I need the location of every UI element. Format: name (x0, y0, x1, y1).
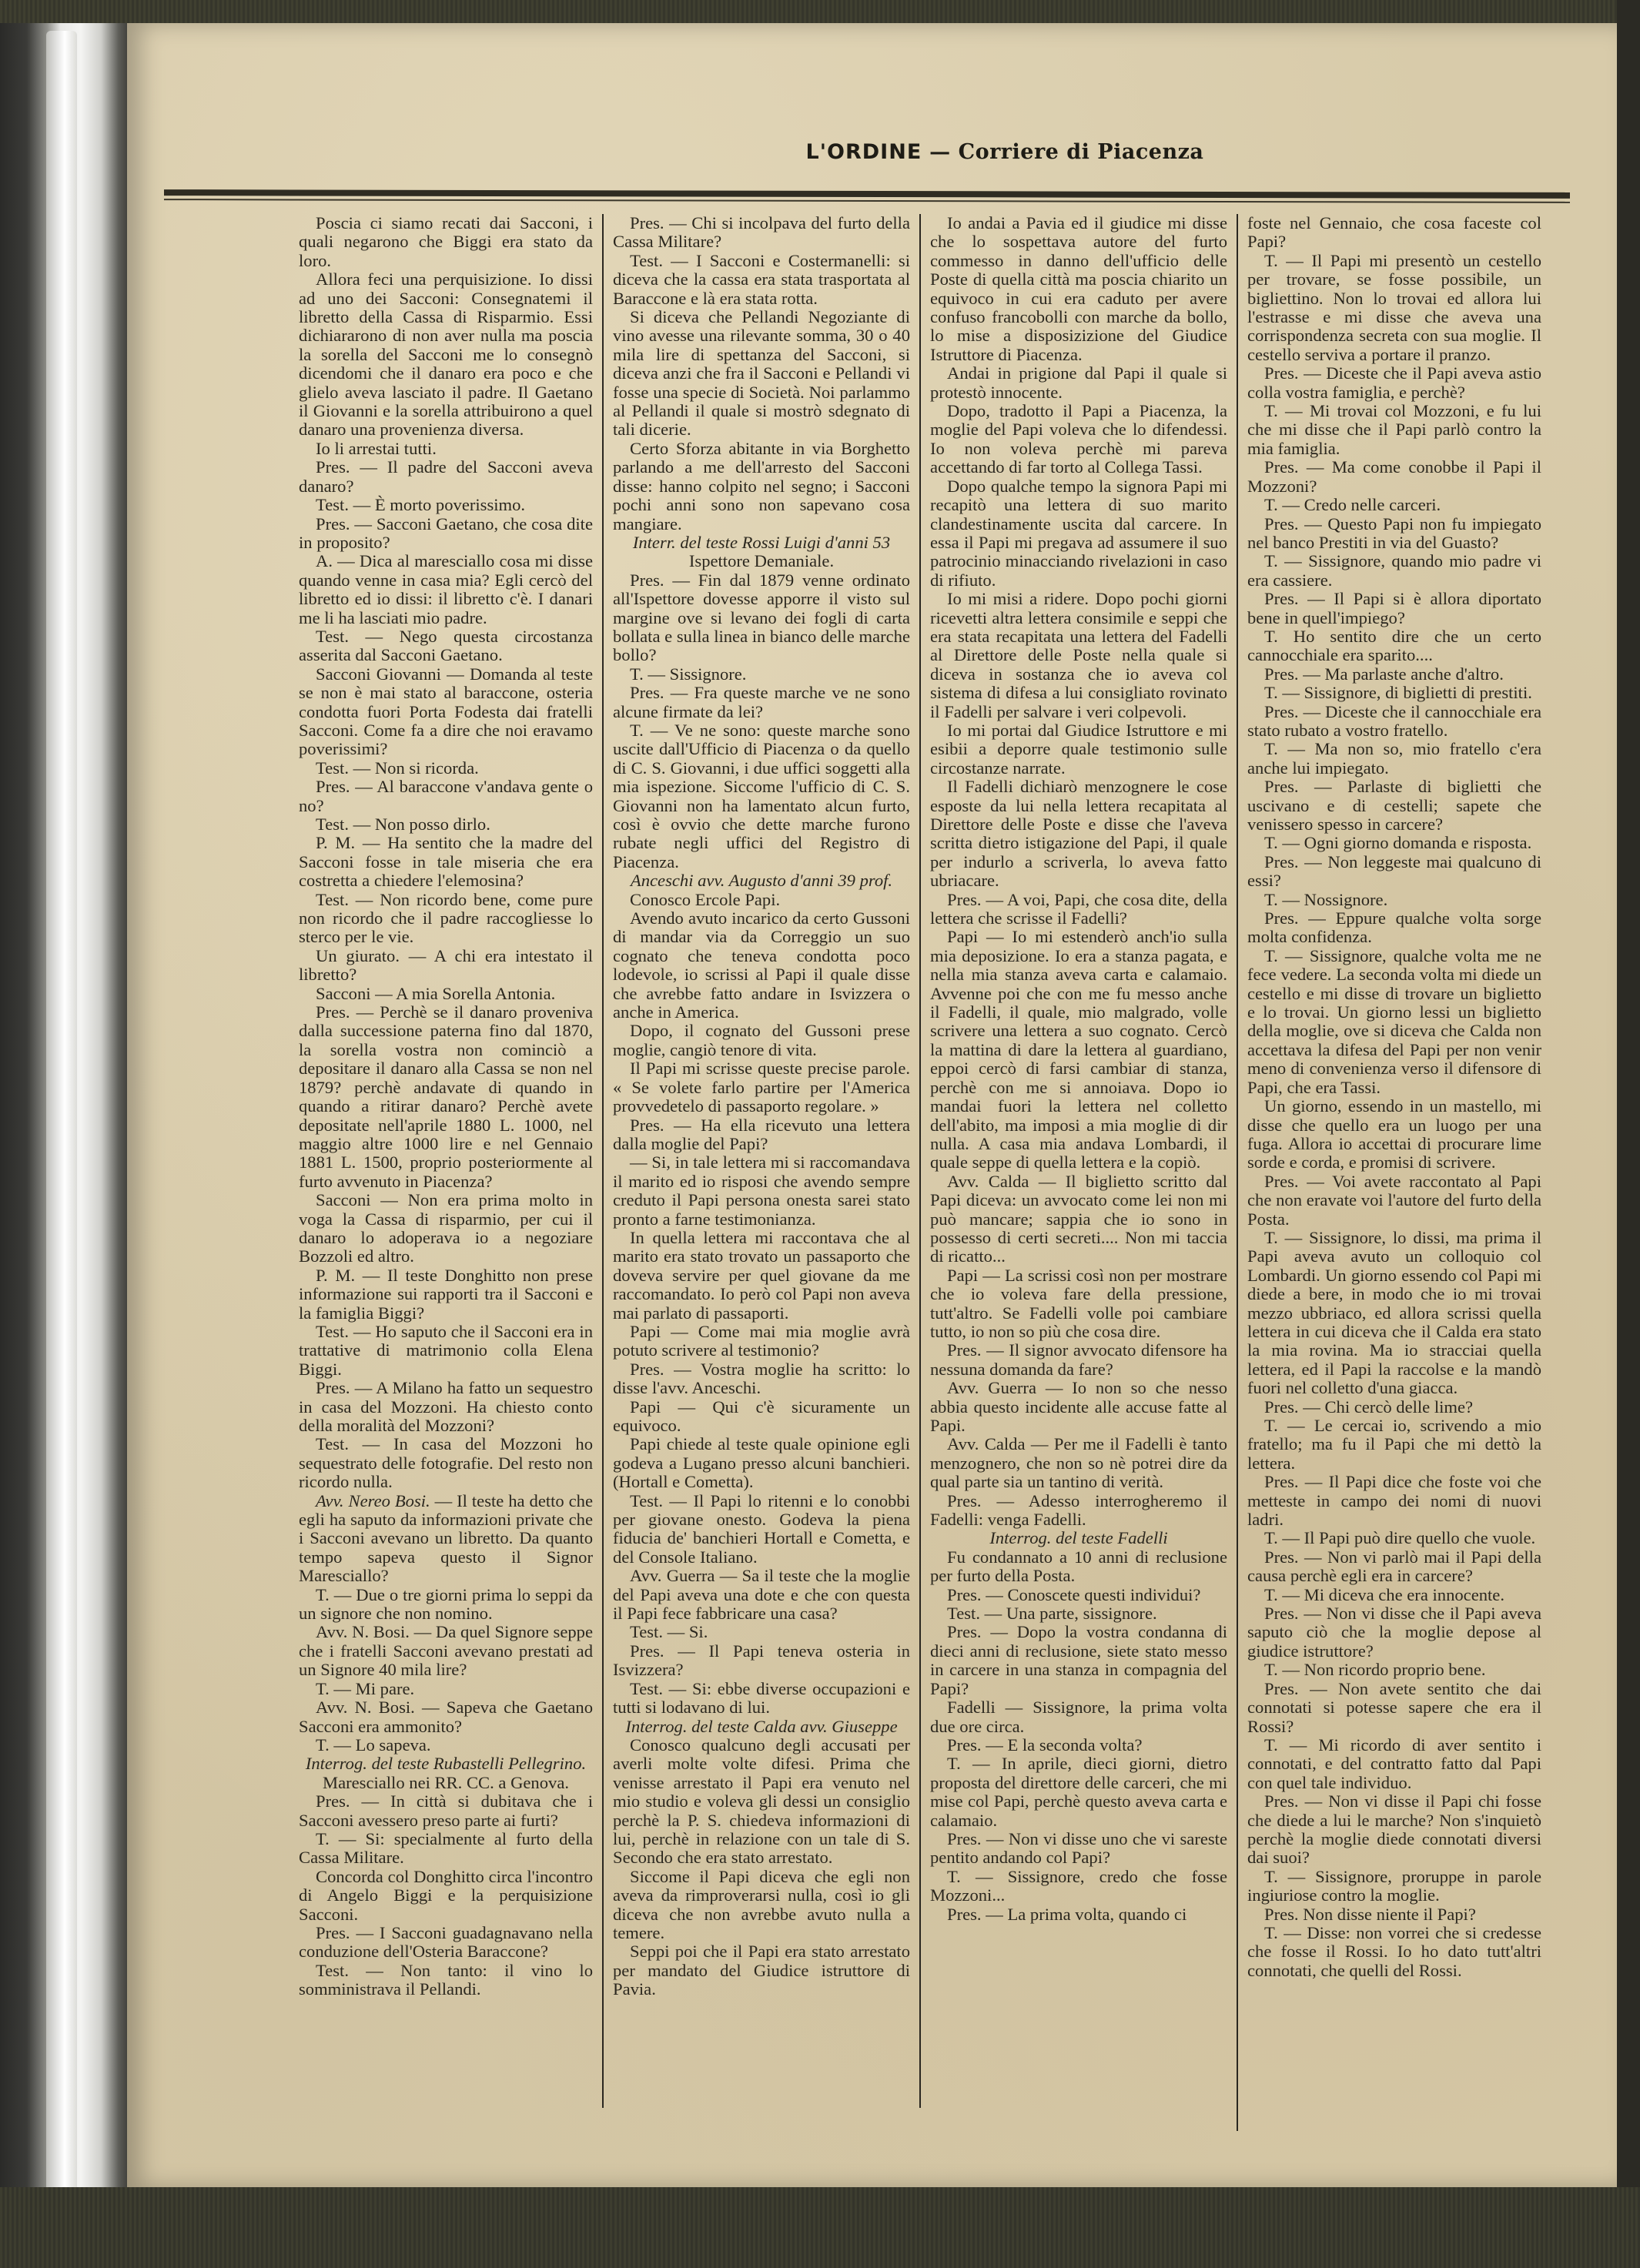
paragraph-text: Dopo, tradotto il Papi a Piacenza, la mo… (930, 401, 1227, 477)
paragraph: T. — Sissignore, quando mio padre vi era… (1247, 552, 1541, 590)
paragraph-text: T. — Ma non so, mio fratello c'era anche… (1247, 739, 1541, 777)
paragraph: Sacconi — Non era prima molto in voga la… (299, 1191, 593, 1266)
paragraph: T. — Mi trovai col Mozzoni, e fu lui che… (1247, 402, 1541, 458)
paragraph-text: Pres. — Voi avete raccontato al Papi che… (1247, 1172, 1541, 1229)
paragraph: Pres. — E la seconda volta? (930, 1736, 1227, 1755)
paragraph: Pres. — Parlaste di biglietti che usciva… (1247, 778, 1541, 834)
paragraph-text: T. — Nossignore. (1264, 890, 1387, 909)
binding-paper-edge (46, 31, 77, 2233)
paragraph: T. — Due o tre giorni prima lo seppi da … (299, 1586, 593, 1624)
paragraph-text: Pres. — Sacconi Gaetano, che cosa dite i… (299, 514, 593, 552)
paragraph: — Si, in tale lettera mi si raccomandava… (613, 1153, 910, 1229)
paragraph-text: Pres. — Conoscete questi individui? (947, 1585, 1200, 1604)
paragraph: T. — Il Papi mi presentò un cestello per… (1247, 252, 1541, 364)
paragraph: Pres. — Questo Papi non fu impiegato nel… (1247, 515, 1541, 553)
paragraph: Test. — Non tanto: il vino lo somministr… (299, 1962, 593, 1999)
paragraph: Test. — Ho saputo che il Sacconi era in … (299, 1323, 593, 1379)
paragraph: T. — Ve ne sono: queste marche sono usci… (613, 721, 910, 871)
paragraph: Pres. — Non vi disse che il Papi aveva s… (1247, 1604, 1541, 1661)
paragraph: Pres. — Non vi disse il Papi chi fosse c… (1247, 1792, 1541, 1868)
paragraph-text: Pres. — Al baraccone v'andava gente o no… (299, 777, 593, 815)
paragraph: Pres. — Adesso interrogheremo il Fadelli… (930, 1492, 1227, 1530)
paragraph-text: Test. — Non posso dirlo. (316, 815, 490, 834)
paragraph-text: Il Papi mi scrisse queste precise parole… (613, 1059, 910, 1116)
paragraph-text: Test. — Si: ebbe diverse occupazioni e t… (613, 1679, 910, 1717)
paragraph-text: Conosco qualcuno degli accusati per aver… (613, 1735, 910, 1867)
paragraph: T. — Non ricordo proprio bene. (1247, 1661, 1541, 1679)
paragraph-text: Pres. — Non vi disse che il Papi aveva s… (1247, 1604, 1541, 1661)
paragraph: Test. — Nego questa circostanza asserita… (299, 627, 593, 665)
paragraph-text: Fadelli — Sissignore, la prima volta due… (930, 1698, 1227, 1735)
paragraph-text: T. — Sissignore. (630, 664, 746, 684)
witness-heading: Anceschi avv. Augusto d'anni 39 prof. (613, 871, 910, 890)
paragraph: P. M. — Il teste Donghitto non prese inf… (299, 1266, 593, 1323)
paragraph-text: Allora feci una perquisizione. Io dissi … (299, 269, 593, 439)
paragraph: Pres. — Il Papi teneva osteria in Isvizz… (613, 1642, 910, 1680)
paragraph: Pres. — Ha ella ricevuto una lettera dal… (613, 1116, 910, 1154)
paragraph-text: T. — Ogni giorno domanda e risposta. (1264, 833, 1531, 852)
paragraph: T. — Ma non so, mio fratello c'era anche… (1247, 740, 1541, 778)
paragraph-text: Pres. — Questo Papi non fu impiegato nel… (1247, 514, 1541, 552)
paragraph: Pres. — I Sacconi guadagnavano nella con… (299, 1924, 593, 1962)
witness-subheading: Ispettore Demaniale. (613, 552, 910, 570)
paragraph-text: Avv. Guerra — Io non so che nesso abbia … (930, 1378, 1227, 1435)
paragraph: Pres. — Non leggeste mai qualcuno di ess… (1247, 853, 1541, 891)
paragraph: Test. — È morto poverissimo. (299, 496, 593, 514)
paragraph-text: Dopo qualche tempo la signora Papi mi re… (930, 477, 1227, 590)
paragraph-text: Pres. — Vostra moglie ha scritto: lo dis… (613, 1360, 910, 1397)
paragraph-text: Pres. — Eppure qualche volta sorge molta… (1247, 908, 1541, 946)
paragraph-text: P. M. — Ha sentito che la madre del Sacc… (299, 833, 593, 890)
paragraph: Pres. — Il signor avvocato difensore ha … (930, 1341, 1227, 1379)
paragraph: Io mi portai dal Giudice Istruttore e mi… (930, 721, 1227, 778)
paragraph-text: T. — Il Papi mi presentò un cestello per… (1247, 251, 1541, 364)
masthead: L'ORDINE — Corriere di Piacenza (177, 140, 1640, 164)
paragraph-text: Sacconi Giovanni — Domanda al teste se n… (299, 664, 593, 759)
paragraph: Io li arrestai tutti. (299, 440, 593, 458)
masthead-title: L'ORDINE (806, 140, 922, 164)
paragraph: Test. — Una parte, sissignore. (930, 1604, 1227, 1623)
paragraph: T. — Mi pare. (299, 1680, 593, 1698)
paragraph: Test. — Si. (613, 1623, 910, 1641)
witness-subheading: Maresciallo nei RR. CC. a Genova. (299, 1774, 593, 1792)
paragraph: Pres. — Fra queste marche ve ne sono alc… (613, 684, 910, 721)
paragraph-text: Papi — Come mai mia moglie avrà potuto s… (613, 1322, 910, 1360)
paragraph-text: Io mi portai dal Giudice Istruttore e mi… (930, 721, 1227, 778)
paragraph-text: — Si, in tale lettera mi si raccomandava… (613, 1152, 910, 1228)
column-2: Pres. — Chi si incolpava del furto della… (602, 214, 919, 2108)
paragraph: Test. — Il Papi lo ritenni e lo conobbi … (613, 1492, 910, 1567)
witness-heading: Interr. del teste Rossi Luigi d'anni 53 (613, 534, 910, 552)
paragraph: Pres. — Al baraccone v'andava gente o no… (299, 778, 593, 815)
paragraph-text: Pres. — Il Papi si è allora diportato be… (1247, 589, 1541, 627)
paragraph: T. — Lo sapeva. (299, 1736, 593, 1755)
paragraph-text: Pres. — Il Papi dice che foste voi che m… (1247, 1472, 1541, 1529)
paragraph-text: foste nel Gennaio, che cosa faceste col … (1247, 213, 1541, 251)
paragraph: Dopo, il cognato del Gussoni prese mogli… (613, 1022, 910, 1059)
italic-lead: Anceschi avv. Augusto (631, 871, 786, 890)
paragraph-text: Test. — Non ricordo bene, come pure non … (299, 890, 593, 947)
cover-cloth-bottom (0, 2187, 1640, 2268)
paragraph-text: Pres. — Fin dal 1879 venne ordinato all'… (613, 570, 910, 665)
paragraph: Papi — Qui c'è sicuramente un equivoco. (613, 1398, 910, 1436)
paragraph-text: Test. — I Sacconi e Costermanelli: si di… (613, 251, 910, 308)
paragraph-text: P. M. — Il teste Donghitto non prese inf… (299, 1266, 593, 1323)
paragraph: T. — Sissignore, di biglietti di prestit… (1247, 684, 1541, 702)
paragraph-text: Seppi poi che il Papi era stato arrestat… (613, 1942, 910, 1999)
paragraph: Pres. — Fin dal 1879 venne ordinato all'… (613, 571, 910, 665)
paragraph: Pres. — A Milano ha fatto un sequestro i… (299, 1379, 593, 1435)
paragraph: Pres. — Voi avete raccontato al Papi che… (1247, 1172, 1541, 1229)
paragraph: Pres. — Non vi disse uno che vi sareste … (930, 1830, 1227, 1868)
paragraph: T. — Credo nelle carceri. (1247, 496, 1541, 514)
paragraph-text: T. — Sissignore, proruppe in parole ingi… (1247, 1867, 1541, 1905)
paragraph: Avv. Nereo Bosi. — Il teste ha detto che… (299, 1492, 593, 1586)
paragraph-text: T. — Mi trovai col Mozzoni, e fu lui che… (1247, 401, 1541, 458)
column-3: Io andai a Pavia ed il giudice mi disse … (919, 214, 1237, 2108)
witness-heading: Interrog. del teste Rubastelli Pellegrin… (299, 1755, 593, 1773)
paragraph-text: Pres. — Ha ella ricevuto una lettera dal… (613, 1116, 910, 1153)
paragraph-text: Pres. — Il padre del Sacconi aveva danar… (299, 457, 593, 495)
paragraph-text: T. — Disse: non vorrei che si credesse c… (1247, 1923, 1541, 1980)
paragraph-text: Pres. — Non vi parlò mai il Papi della c… (1247, 1547, 1541, 1585)
paragraph-text: Pres. — Parlaste di biglietti che usciva… (1247, 777, 1541, 834)
paragraph: Si diceva che Pellandi Negoziante di vin… (613, 308, 910, 440)
paragraph: Pres. — Dopo la vostra condanna di dieci… (930, 1623, 1227, 1698)
paragraph: Conosco qualcuno degli accusati per aver… (613, 1736, 910, 1868)
paragraph-text: Pres. — A voi, Papi, che cosa dite, dell… (930, 890, 1227, 928)
paragraph: Dopo qualche tempo la signora Papi mi re… (930, 477, 1227, 590)
paragraph-text: Test. — Una parte, sissignore. (947, 1604, 1157, 1623)
paragraph-text: Ispettore Demaniale. (689, 551, 834, 570)
paragraph-text: T. — Mi ricordo di aver sentito i connot… (1247, 1735, 1541, 1792)
paragraph-text: Papi — Io mi estenderò anch'io sulla mia… (930, 927, 1227, 1172)
paragraph-text: Papi — La scrissi così non per mostrare … (930, 1266, 1227, 1341)
paragraph-text: Pres. — A Milano ha fatto un sequestro i… (299, 1378, 593, 1435)
paragraph: A. — Dica al maresciallo cosa mi disse q… (299, 552, 593, 627)
paragraph: Siccome il Papi diceva che egli non avev… (613, 1868, 910, 1943)
paragraph: Pres. — In città si dubitava che i Sacco… (299, 1792, 593, 1830)
paragraph: Pres. — Vostra moglie ha scritto: lo dis… (613, 1360, 910, 1398)
paragraph-text: Pres. — Non vi disse il Papi chi fosse c… (1247, 1791, 1541, 1867)
paragraph-text: Certo Sforza abitante in via Borghetto p… (613, 439, 910, 534)
paragraph: Pres. — Il padre del Sacconi aveva danar… (299, 458, 593, 496)
paragraph: Fadelli — Sissignore, la prima volta due… (930, 1698, 1227, 1736)
paragraph: Pres. — Eppure qualche volta sorge molta… (1247, 909, 1541, 947)
paragraph: Pres. — Sacconi Gaetano, che cosa dite i… (299, 515, 593, 553)
paragraph: T. — Le cercai io, scrivendo a mio frate… (1247, 1417, 1541, 1473)
cover-cloth-top (0, 0, 1640, 23)
paragraph-text: Interrog. del teste Fadelli (989, 1528, 1167, 1547)
paragraph: Il Papi mi scrisse queste precise parole… (613, 1059, 910, 1116)
paragraph-text: Pres. — Non avete sentito che dai connot… (1247, 1679, 1541, 1736)
paragraph: Allora feci una perquisizione. Io dissi … (299, 270, 593, 440)
paragraph: Avv. N. Bosi. — Da quel Signore seppe ch… (299, 1623, 593, 1679)
paragraph-text: T. — Non ricordo proprio bene. (1264, 1660, 1486, 1679)
paragraph-text: Test. — Si. (630, 1622, 708, 1641)
paragraph-text: Pres. — Ma come conobbe il Papi il Mozzo… (1247, 457, 1541, 495)
paragraph: In quella lettera mi raccontava che al m… (613, 1229, 910, 1323)
paragraph: Pres. — Il Papi si è allora diportato be… (1247, 590, 1541, 627)
paragraph: Certo Sforza abitante in via Borghetto p… (613, 440, 910, 534)
paragraph: Pres. — Conoscete questi individui? (930, 1586, 1227, 1604)
paragraph: Avv. N. Bosi. — Sapeva che Gaetano Sacco… (299, 1698, 593, 1736)
paragraph: T. — Il Papi può dire quello che vuole. (1247, 1529, 1541, 1547)
paragraph-text: Fu condannato a 10 anni di reclusione pe… (930, 1547, 1227, 1585)
paragraph: Poscia ci siamo recati dai Sacconi, i qu… (299, 214, 593, 270)
paragraph: Io andai a Pavia ed il giudice mi disse … (930, 214, 1227, 364)
paragraph-text: Avv. Calda — Il biglietto scritto dal Pa… (930, 1172, 1227, 1266)
paragraph: T. — Sissignore, proruppe in parole ingi… (1247, 1868, 1541, 1905)
paragraph: Io mi misi a ridere. Dopo pochi giorni r… (930, 590, 1227, 721)
paragraph-text: Test. — Nego questa circostanza asserita… (299, 627, 593, 664)
paragraph-text: T. — Le cercai io, scrivendo a mio frate… (1247, 1416, 1541, 1473)
paragraph-text: Un giurato. — A chi era intestato il lib… (299, 946, 593, 984)
paragraph: Pres. Non disse niente il Papi? (1247, 1905, 1541, 1924)
paragraph-text: T. — Sissignore, di biglietti di prestit… (1264, 683, 1532, 702)
paragraph-text: T. — Mi pare. (316, 1679, 414, 1698)
paragraph: Test. — I Sacconi e Costermanelli: si di… (613, 252, 910, 308)
paragraph-text: Pres. — Diceste che il cannocchiale era … (1247, 702, 1541, 740)
paragraph-text: T. — Sissignore, qualche volta me ne fec… (1247, 946, 1541, 1097)
paragraph-text: T. — Sissignore, quando mio padre vi era… (1247, 551, 1541, 589)
paragraph-text: T. — Sissignore, credo che fosse Mozzoni… (930, 1867, 1227, 1905)
paragraph-text: Test. — Non si ricorda. (316, 758, 479, 778)
cover-cloth-right (1617, 0, 1640, 2268)
paragraph: Seppi poi che il Papi era stato arrestat… (613, 1942, 910, 1999)
paragraph-text: Pres. — Ma parlaste anche d'altro. (1264, 664, 1504, 684)
paragraph-text: Maresciallo nei RR. CC. a Genova. (323, 1773, 569, 1792)
paragraph: T. — Si: specialmente al furto della Cas… (299, 1830, 593, 1868)
italic-lead: Avv. Nereo Bosi. (316, 1491, 430, 1510)
paragraph-text: d'anni 53 (821, 533, 890, 552)
paragraph: Pres. — Chi si incolpava del furto della… (613, 214, 910, 252)
paragraph-text: Pres. — Il signor avvocato difensore ha … (930, 1340, 1227, 1378)
paragraph-text: Sacconi — A mia Sorella Antonia. (316, 984, 555, 1003)
paragraph-text: T. — In aprile, dieci giorni, dietro pro… (930, 1754, 1227, 1829)
masthead-separator: — (922, 140, 958, 164)
paragraph-text: T. — Il Papi può dire quello che vuole. (1264, 1528, 1535, 1547)
paragraph: Test. — Si: ebbe diverse occupazioni e t… (613, 1680, 910, 1718)
paragraph-text: Il Fadelli dichiarò menzognere le cose e… (930, 777, 1227, 890)
italic-lead: Interr. del teste Rossi Luigi (633, 533, 821, 552)
paragraph: Pres. — Diceste che il cannocchiale era … (1247, 703, 1541, 741)
paragraph: Un giurato. — A chi era intestato il lib… (299, 947, 593, 985)
paragraph-text: T. — Due o tre giorni prima lo seppi da … (299, 1585, 593, 1623)
paragraph: T. — Ogni giorno domanda e risposta. (1247, 834, 1541, 852)
paragraph-text: Test. — Non tanto: il vino lo somministr… (299, 1961, 593, 1999)
paragraph-text: Pres. — In città si dubitava che i Sacco… (299, 1791, 593, 1829)
paragraph-text: Sacconi — Non era prima molto in voga la… (299, 1190, 593, 1266)
paragraph-text: Test. — È morto poverissimo. (316, 495, 525, 514)
paragraph: Avv. Calda — Il biglietto scritto dal Pa… (930, 1172, 1227, 1266)
masthead-subtitle: Corriere di Piacenza (959, 140, 1204, 164)
paragraph-text: Pres. — Non leggeste mai qualcuno di ess… (1247, 852, 1541, 890)
paragraph: Fu condannato a 10 anni di reclusione pe… (930, 1548, 1227, 1586)
paragraph-text: In quella lettera mi raccontava che al m… (613, 1228, 910, 1323)
paragraph: Sacconi — A mia Sorella Antonia. (299, 985, 593, 1003)
paragraph: Avendo avuto incarico da certo Gussoni d… (613, 909, 910, 1022)
paragraph-text: Pres. — Chi cercò delle lime? (1264, 1397, 1473, 1417)
paragraph: foste nel Gennaio, che cosa faceste col … (1247, 214, 1541, 252)
paragraph: Sacconi Giovanni — Domanda al teste se n… (299, 665, 593, 759)
paragraph: Pres. — Perchè se il danaro proveniva da… (299, 1003, 593, 1191)
paragraph-text: Avv. Calda — Per me il Fadelli è tanto m… (930, 1434, 1227, 1491)
paragraph: Avv. Calda — Per me il Fadelli è tanto m… (930, 1435, 1227, 1491)
paragraph: T. — Disse: non vorrei che si credesse c… (1247, 1924, 1541, 1980)
witness-heading: Interrog. del teste Fadelli (930, 1529, 1227, 1547)
paragraph: T. — In aprile, dieci giorni, dietro pro… (930, 1755, 1227, 1830)
paragraph-text: Pres. — I Sacconi guadagnavano nella con… (299, 1923, 593, 1961)
paragraph-text: d'anni 39 prof. (786, 871, 892, 890)
paragraph: T. — Sissignore, credo che fosse Mozzoni… (930, 1868, 1227, 1905)
paragraph: Pres. — Diceste che il Papi aveva astio … (1247, 364, 1541, 402)
paragraph: Pres. — Non vi parlò mai il Papi della c… (1247, 1548, 1541, 1586)
paragraph: Pres. — La prima volta, quando ci (930, 1905, 1227, 1924)
paragraph-text: Pres. — Adesso interrogheremo il Fadelli… (930, 1491, 1227, 1529)
paragraph-text: Papi — Qui c'è sicuramente un equivoco. (613, 1397, 910, 1435)
paragraph: Concorda col Donghitto circa l'incontro … (299, 1868, 593, 1924)
paragraph: T. — Sissignore, lo dissi, ma prima il P… (1247, 1229, 1541, 1398)
paragraph-text: Andai in prigione dal Papi il quale si p… (930, 363, 1227, 401)
paragraph: Avv. Guerra — Sa il teste che la moglie … (613, 1567, 910, 1623)
paragraph: Pres. — Ma parlaste anche d'altro. (1247, 665, 1541, 684)
paragraph: Pres. — Non avete sentito che dai connot… (1247, 1680, 1541, 1736)
paragraph-text: T. — Sissignore, lo dissi, ma prima il P… (1247, 1228, 1541, 1397)
column-4: foste nel Gennaio, che cosa faceste col … (1237, 214, 1551, 2131)
paragraph-text: Interrog. del teste Calda avv. Giuseppe (625, 1717, 897, 1736)
paragraph: Pres. — Il Papi dice che foste voi che m… (1247, 1473, 1541, 1529)
paragraph-text: Conosco Ercole Papi. (630, 890, 780, 909)
paragraph: T. — Sissignore, qualche volta me ne fec… (1247, 947, 1541, 1097)
paragraph-text: Pres. — La prima volta, quando ci (947, 1905, 1186, 1924)
paragraph: Papi — Io mi estenderò anch'io sulla mia… (930, 928, 1227, 1172)
paragraph-text: Papi chiede al teste quale opinione egli… (613, 1434, 910, 1491)
paragraph-text: T. — Ve ne sono: queste marche sono usci… (613, 721, 910, 871)
paragraph-text: Pres. — Dopo la vostra condanna di dieci… (930, 1622, 1227, 1698)
paragraph: Pres. — Chi cercò delle lime? (1247, 1398, 1541, 1417)
paragraph-text: Io li arrestai tutti. (316, 439, 437, 458)
paragraph: Il Fadelli dichiarò menzognere le cose e… (930, 778, 1227, 890)
paragraph-text: Poscia ci siamo recati dai Sacconi, i qu… (299, 213, 593, 270)
paragraph: Avv. Guerra — Io non so che nesso abbia … (930, 1379, 1227, 1435)
paragraph-text: Pres. — Il Papi teneva osteria in Isvizz… (613, 1641, 910, 1679)
paragraph: Papi chiede al teste quale opinione egli… (613, 1435, 910, 1491)
paragraph: T. — Mi diceva che era innocente. (1247, 1586, 1541, 1604)
paragraph: Test. — In casa del Mozzoni ho sequestra… (299, 1435, 593, 1491)
paragraph: Test. — Non si ricorda. (299, 759, 593, 778)
paragraph-text: Pres. — Chi si incolpava del furto della… (613, 213, 910, 251)
witness-heading: Interrog. del teste Calda avv. Giuseppe (613, 1718, 910, 1736)
article-columns: Poscia ci siamo recati dai Sacconi, i qu… (294, 214, 1566, 2131)
paragraph-text: T. — Mi diceva che era innocente. (1264, 1585, 1504, 1604)
paragraph-text: T. — Credo nelle carceri. (1264, 495, 1441, 514)
paragraph: T. — Sissignore. (613, 665, 910, 684)
paragraph: Dopo, tradotto il Papi a Piacenza, la mo… (930, 402, 1227, 477)
paragraph-text: T. — Si: specialmente al furto della Cas… (299, 1829, 593, 1867)
paragraph: Un giorno, essendo in un mastello, mi di… (1247, 1097, 1541, 1172)
paragraph-text: Test. — Ho saputo che il Sacconi era in … (299, 1322, 593, 1379)
paragraph-text: Un giorno, essendo in un mastello, mi di… (1247, 1096, 1541, 1172)
paragraph: T. Ho sentito dire che un certo cannocch… (1247, 627, 1541, 665)
paragraph-text: T. Ho sentito dire che un certo cannocch… (1247, 627, 1541, 664)
paragraph-text: Interrog. del teste Rubastelli Pellegrin… (306, 1754, 586, 1773)
paragraph: Pres. — Ma come conobbe il Papi il Mozzo… (1247, 458, 1541, 496)
paragraph-text: Test. — In casa del Mozzoni ho sequestra… (299, 1434, 593, 1491)
paragraph-text: A. — Dica al maresciallo cosa mi disse q… (299, 551, 593, 627)
paragraph-text: Avv. N. Bosi. — Sapeva che Gaetano Sacco… (299, 1698, 593, 1735)
paragraph-text: Test. — Il Papi lo ritenni e lo conobbi … (613, 1491, 910, 1567)
column-1: Poscia ci siamo recati dai Sacconi, i qu… (294, 214, 602, 2131)
paragraph: T. — Nossignore. (1247, 891, 1541, 909)
paragraph-text: Pres. Non disse niente il Papi? (1264, 1905, 1476, 1924)
paragraph-text: Pres. — Diceste che il Papi aveva astio … (1247, 363, 1541, 401)
paragraph: Conosco Ercole Papi. (613, 891, 910, 909)
paragraph-text: Avv. Guerra — Sa il teste che la moglie … (613, 1566, 910, 1623)
paragraph-text: Avv. N. Bosi. — Da quel Signore seppe ch… (299, 1622, 593, 1679)
paragraph-text: Pres. — Non vi disse uno che vi sareste … (930, 1829, 1227, 1867)
paragraph: Andai in prigione dal Papi il quale si p… (930, 364, 1227, 402)
paragraph: Pres. — A voi, Papi, che cosa dite, dell… (930, 891, 1227, 928)
paragraph: Papi — Come mai mia moglie avrà potuto s… (613, 1323, 910, 1360)
paragraph-text: Io andai a Pavia ed il giudice mi disse … (930, 213, 1227, 364)
paragraph-text: Pres. — Fra queste marche ve ne sono alc… (613, 683, 910, 721)
paragraph-text: T. — Lo sapeva. (316, 1735, 431, 1755)
paragraph-text: Siccome il Papi diceva che egli non avev… (613, 1867, 910, 1942)
paragraph: T. — Mi ricordo di aver sentito i connot… (1247, 1736, 1541, 1792)
paragraph-text: Avendo avuto incarico da certo Gussoni d… (613, 908, 910, 1022)
paragraph: P. M. — Ha sentito che la madre del Sacc… (299, 834, 593, 890)
paragraph-text: Concorda col Donghitto circa l'incontro … (299, 1867, 593, 1924)
paragraph-text: Io mi misi a ridere. Dopo pochi giorni r… (930, 589, 1227, 721)
paragraph-text: Pres. — Perchè se il danaro proveniva da… (299, 1002, 593, 1191)
paragraph: Test. — Non ricordo bene, come pure non … (299, 891, 593, 947)
paragraph-text: Si diceva che Pellandi Negoziante di vin… (613, 307, 910, 439)
paragraph-text: Pres. — E la seconda volta? (947, 1735, 1142, 1755)
paragraph: Test. — Non posso dirlo. (299, 815, 593, 834)
paragraph-text: Dopo, il cognato del Gussoni prese mogli… (613, 1021, 910, 1059)
paragraph: Papi — La scrissi così non per mostrare … (930, 1266, 1227, 1342)
